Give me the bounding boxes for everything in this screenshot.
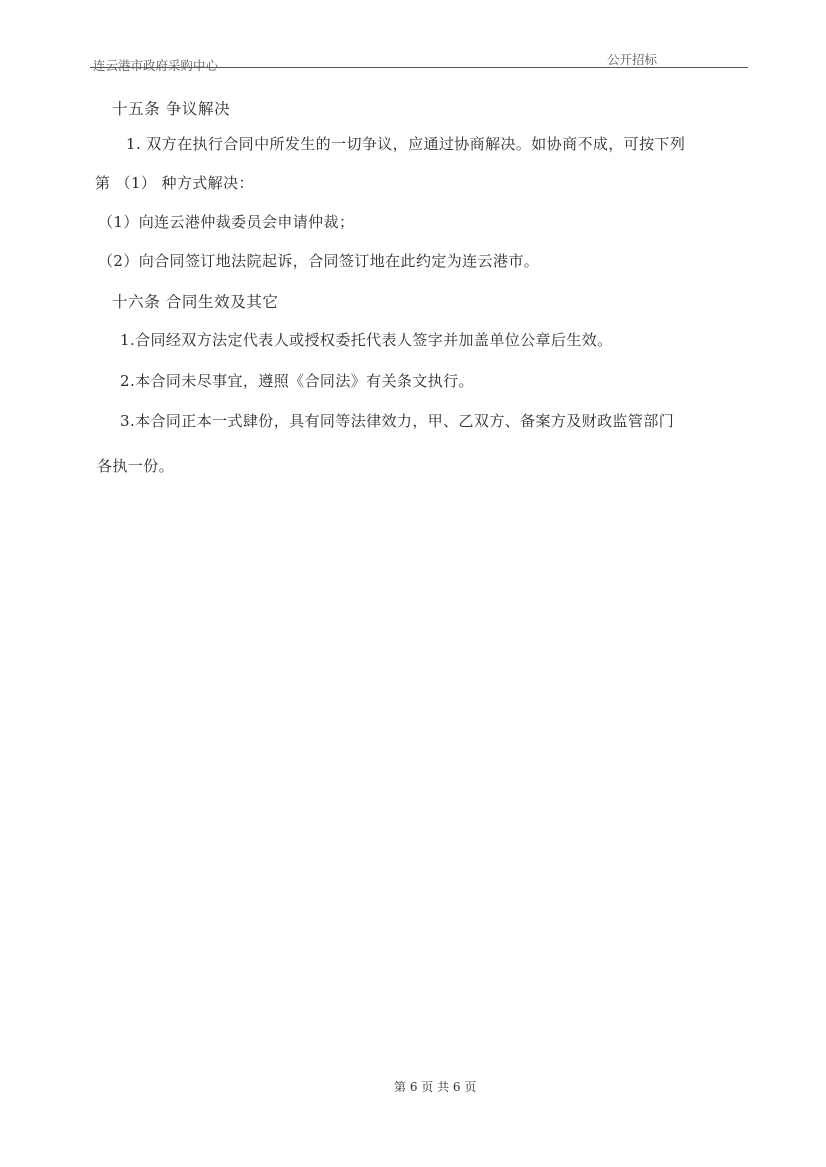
section-heading-16: 十六条 合同生效及其它 [112,290,279,312]
list-item-option-1: （1）向连云港仲裁委员会申请仲裁； [98,211,354,232]
section-heading-15: 十五条 争议解决 [112,97,230,119]
header-organization: 连云港市政府采购中心 [93,56,218,74]
paragraph-line: 3.本合同正本一式肆份，具有同等法律效力，甲、乙双方、备案方及财政监管部门 [120,410,674,431]
paragraph-line: 1.合同经双方法定代表人或授权委托代表人签字并加盖单位公章后生效。 [120,329,613,350]
header-category: 公开招标 [607,50,657,68]
paragraph-line: 2.本合同未尽事宜，遵照《合同法》有关条文执行。 [120,370,474,391]
paragraph-line: 1. 双方在执行合同中所发生的一切争议，应通过协商解决。如协商不成，可按下列 [126,133,685,154]
paragraph-line: 各执一份。 [97,455,174,476]
list-item-option-2: （2）向合同签订地法院起诉，合同签订地在此约定为连云港市。 [98,250,539,271]
header-divider [90,67,748,68]
page-number: 第 6 页 共 6 页 [394,1078,476,1095]
paragraph-line: 第 （1） 种方式解决： [95,172,254,193]
